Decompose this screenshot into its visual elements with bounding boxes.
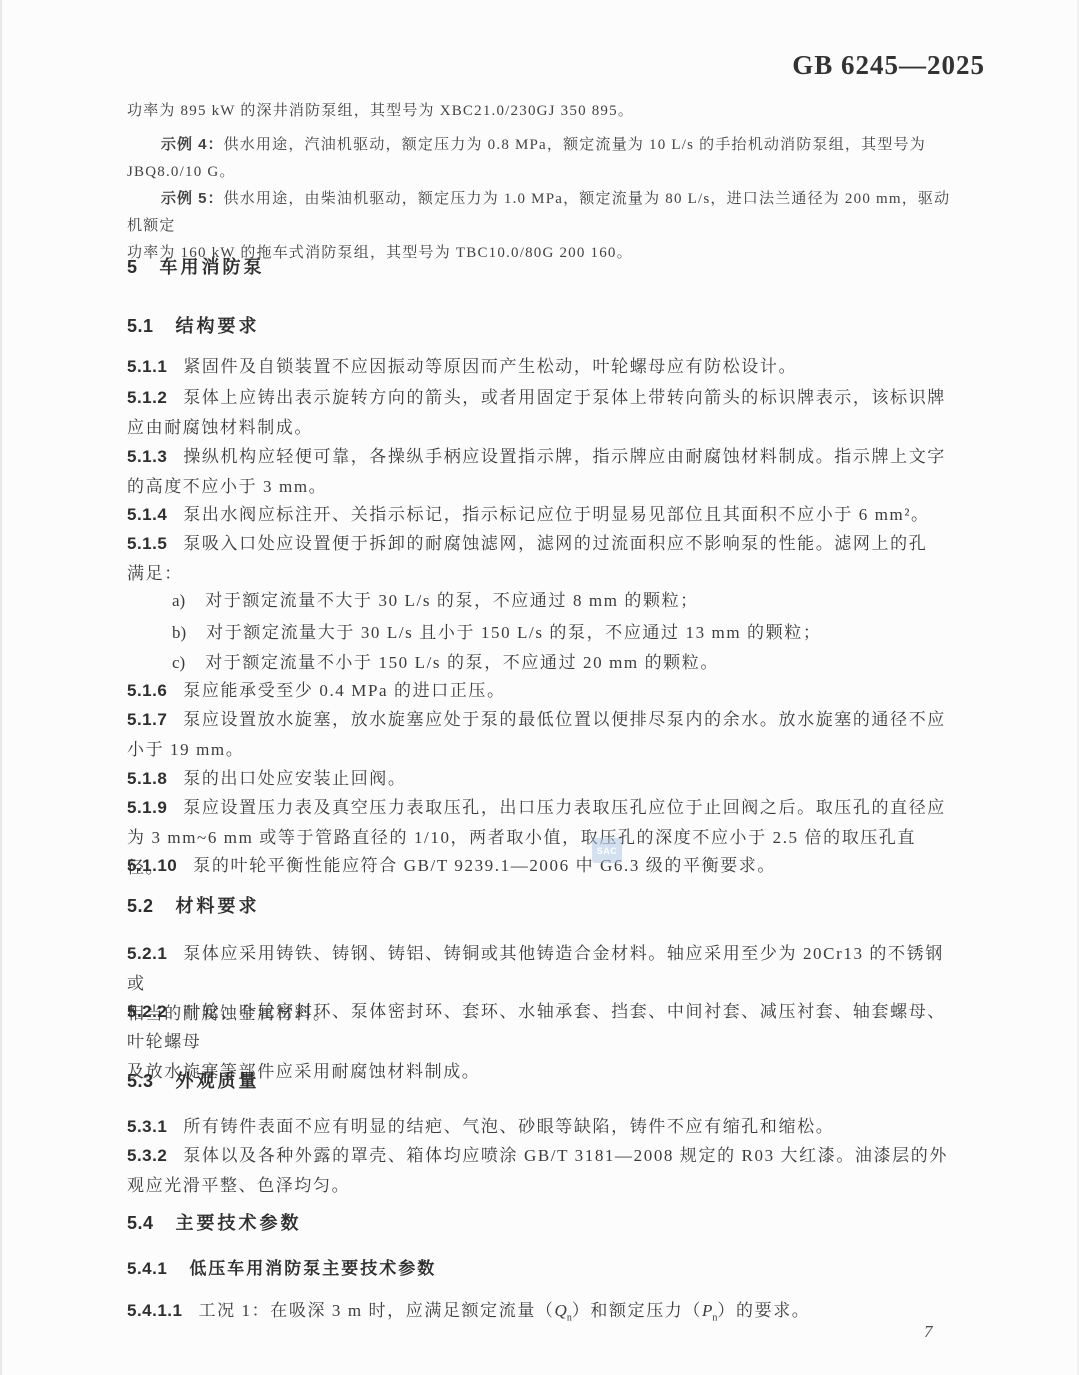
section-title: 材料要求 [176,896,260,916]
clause-text-continued: 的高度不应小于 3 mm。 [127,472,953,502]
clause-text: 泵体应采用铸铁、铸钢、铸铝、铸铜或其他铸造合金材料。轴应采用至少为 20Cr13… [127,944,944,993]
page-number: 7 [924,1322,964,1342]
clause-number: 5.4.1.1 [127,1301,183,1320]
list-item-c: c)对于额定流量不小于 150 L/s 的泵，不应通过 20 mm 的颗粒。 [127,648,998,678]
clause-number: 5.2.2 [127,1002,167,1021]
section-heading-5-4: 5.4主要技术参数 [127,1210,953,1236]
section-number: 5.4 [127,1213,154,1233]
clause-text: 紧固件及自锁装置不应因振动等原因而产生松动，叶轮螺母应有防松设计。 [183,357,797,376]
clause-number: 5.1.6 [127,681,167,700]
section-heading-5-3: 5.3外观质量 [127,1068,953,1094]
example-4-label: 示例 4： [161,136,224,153]
clause-5-1-2: 5.1.2泵体上应铸出表示旋转方向的箭头，或者用固定于泵体上带转向箭头的标识牌表… [127,383,953,443]
clause-text: ）和额定压力（ [572,1301,702,1320]
list-marker: a) [172,591,185,610]
variable-Qn: Q [555,1301,567,1320]
clause-5-1-5: 5.1.5泵吸入口处应设置便于拆卸的耐腐蚀滤网，滤网的过流面积应不影响泵的性能。… [127,529,953,589]
section-heading-5-4-1: 5.4.1低压车用消防泵主要技术参数 [127,1256,953,1282]
clause-text: 操纵机构应轻便可靠，各操纵手柄应设置指示牌，指示牌应由耐腐蚀材料制成。指示牌上文… [183,447,946,466]
clause-5-1-1: 5.1.1紧固件及自锁装置不应因振动等原因而产生松动，叶轮螺母应有防松设计。 [127,352,953,382]
section-heading-5: 5车用消防泵 [127,254,953,280]
clause-text: 泵应能承受至少 0.4 MPa 的进口正压。 [183,681,505,700]
example-5-label: 示例 5： [161,190,224,207]
clause-number: 5.2.1 [127,944,167,963]
section-number: 5.2 [127,896,154,916]
example-4-text: 供水用途，汽油机驱动，额定压力为 0.8 MPa，额定流量为 10 L/s 的手… [224,137,926,153]
document-page: GB 6245—2025 功率为 895 kW 的深井消防泵组，其型号为 XBC… [0,0,1079,1375]
clause-5-1-7: 5.1.7泵应设置放水旋塞，放水旋塞应处于泵的最低位置以便排尽泵内的余水。放水旋… [127,705,953,765]
clause-text: 泵体上应铸出表示旋转方向的箭头，或者用固定于泵体上带转向箭头的标识牌表示，该标识… [183,388,946,407]
section-number: 5.3 [127,1071,154,1091]
clause-text: 泵吸入口处应设置便于拆卸的耐腐蚀滤网，滤网的过流面积应不影响泵的性能。滤网上的孔 [183,534,927,553]
clause-text: 泵体以及各种外露的罩壳、箱体均应喷涂 GB/T 3181—2008 规定的 R0… [183,1146,948,1165]
clause-5-4-1-1: 5.4.1.1工况 1：在吸深 3 m 时，应满足额定流量（Qn）和额定压力（P… [127,1296,953,1333]
clause-number: 5.3.2 [127,1146,167,1165]
section-heading-5-2: 5.2材料要求 [127,893,953,919]
section-title: 车用消防泵 [160,257,265,277]
clause-text: 工况 1：在吸深 3 m 时，应满足额定流量（ [199,1301,555,1320]
example-4-line2: JBQ8.0/10 G。 [127,159,953,186]
section-title: 主要技术参数 [176,1213,302,1233]
clause-5-1-10: 5.1.10泵的叶轮平衡性能应符合 GB/T 9239.1—2006 中 G6.… [127,851,953,881]
example-4-line1: 示例 4：供水用途，汽油机驱动，额定压力为 0.8 MPa，额定流量为 10 L… [127,131,953,159]
clause-number: 5.1.4 [127,505,167,524]
clause-text-continued: 观应光滑平整、色泽均匀。 [127,1171,953,1201]
list-marker: b) [172,623,186,642]
clause-text-continued: 小于 19 mm。 [127,735,953,765]
note-continuation-line: 功率为 895 kW 的深井消防泵组，其型号为 XBC21.0/230GJ 35… [127,98,953,125]
clause-5-3-1: 5.3.1所有铸件表面不应有明显的结疤、气泡、砂眼等缺陷，铸件不应有缩孔和缩松。 [127,1112,953,1142]
section-number: 5.1 [127,316,154,336]
clause-5-3-2: 5.3.2泵体以及各种外露的罩壳、箱体均应喷涂 GB/T 3181—2008 规… [127,1141,953,1201]
list-item-text: 对于额定流量大于 30 L/s 且小于 150 L/s 的泵，不应通过 13 m… [206,623,821,642]
list-item-a: a)对于额定流量不大于 30 L/s 的泵，不应通过 8 mm 的颗粒； [127,586,998,616]
standard-code: GB 6245—2025 [792,50,985,81]
example-4: 示例 4：供水用途，汽油机驱动，额定压力为 0.8 MPa，额定流量为 10 L… [127,131,953,186]
list-marker: c) [172,653,185,672]
clause-number: 5.3.1 [127,1117,167,1136]
clause-5-1-4: 5.1.4泵出水阀应标注开、关指示标记，指示标记应位于明显易见部位且其面积不应小… [127,500,953,530]
clause-number: 5.1.5 [127,534,167,553]
clause-text: 叶轮、叶轮密封环、泵体密封环、套环、水轴承套、挡套、中间衬套、减压衬套、轴套螺母… [127,1002,946,1051]
list-item-text: 对于额定流量不大于 30 L/s 的泵，不应通过 8 mm 的颗粒； [205,591,699,610]
section-title: 结构要求 [176,316,260,336]
clause-number: 5.1.1 [127,357,167,376]
list-item-b: b)对于额定流量大于 30 L/s 且小于 150 L/s 的泵，不应通过 13… [127,618,998,648]
clause-number: 5.1.3 [127,447,167,466]
clause-number: 5.1.10 [127,856,177,875]
clause-text: 泵应设置放水旋塞，放水旋塞应处于泵的最低位置以便排尽泵内的余水。放水旋塞的通径不… [183,710,946,729]
clause-5-1-6: 5.1.6泵应能承受至少 0.4 MPa 的进口正压。 [127,676,953,706]
example-5-text: 供水用途，由柴油机驱动，额定压力为 1.0 MPa，额定流量为 80 L/s，进… [127,191,950,234]
section-title: 外观质量 [176,1071,260,1091]
section-title: 低压车用消防泵主要技术参数 [189,1259,436,1278]
clause-text: 泵的叶轮平衡性能应符合 GB/T 9239.1—2006 中 G6.3 级的平衡… [193,856,776,875]
clause-text: 泵应设置压力表及真空压力表取压孔，出口压力表取压孔应位于止回阀之后。取压孔的直径… [183,798,946,817]
sac-watermark: SAC [592,838,622,863]
clause-text-continued: 满足： [127,559,953,589]
example-5-line1: 示例 5：供水用途，由柴油机驱动，额定压力为 1.0 MPa，额定流量为 80 … [127,185,953,240]
clause-text: 泵出水阀应标注开、关指示标记，指示标记应位于明显易见部位且其面积不应小于 6 m… [183,505,929,524]
clause-5-1-3: 5.1.3操纵机构应轻便可靠，各操纵手柄应设置指示牌，指示牌应由耐腐蚀材料制成。… [127,442,953,502]
clause-text-continued: 应由耐腐蚀材料制成。 [127,413,953,443]
list-item-text: 对于额定流量不小于 150 L/s 的泵，不应通过 20 mm 的颗粒。 [205,653,719,672]
clause-5-1-8: 5.1.8泵的出口处应安装止回阀。 [127,764,953,794]
section-heading-5-1: 5.1结构要求 [127,313,953,339]
clause-number: 5.1.8 [127,769,167,788]
clause-text: 所有铸件表面不应有明显的结疤、气泡、砂眼等缺陷，铸件不应有缩孔和缩松。 [183,1117,834,1136]
clause-number: 5.1.7 [127,710,167,729]
clause-number: 5.1.2 [127,388,167,407]
section-number: 5.4.1 [127,1259,167,1278]
section-number: 5 [127,257,138,277]
clause-text: 泵的出口处应安装止回阀。 [183,769,406,788]
variable-Pn: P [702,1301,712,1320]
clause-number: 5.1.9 [127,798,167,817]
clause-text: ）的要求。 [717,1301,810,1320]
